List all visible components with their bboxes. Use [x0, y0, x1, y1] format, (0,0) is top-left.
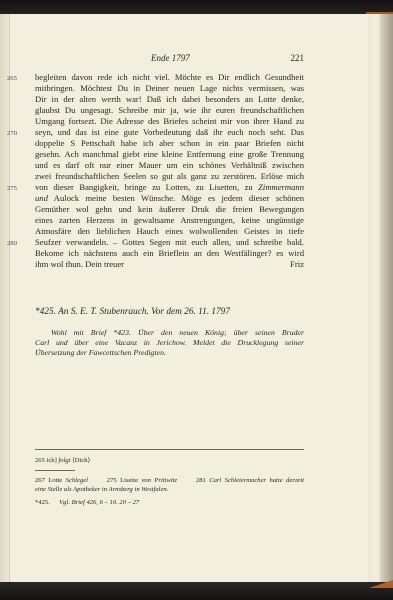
- line-number: 270: [7, 128, 17, 139]
- text-line: zwei freundschaftlichen Seelen so gut al…: [35, 171, 304, 182]
- letter-body: 265begleiten davon rede ich nicht viel. …: [35, 72, 304, 270]
- text-line: 280Seufzer verwandeln. – Gottes Segen mi…: [35, 237, 304, 248]
- line-number: 275: [7, 183, 17, 194]
- text-line: gesehn. Ach manchmal giebt eine kleine E…: [35, 149, 304, 160]
- summary-line: Wohl mit Brief *423. Über den neuen Köni…: [35, 328, 304, 338]
- letter-heading: *425. An S. E. T. Stubenrauch. Vor dem 2…: [35, 307, 230, 317]
- line-number: 265: [7, 73, 17, 84]
- text-line: und es darf oft nur einer Mauer um ein s…: [35, 160, 304, 171]
- book-top-edge: [0, 0, 393, 14]
- text-line: doppelte S Pettschaft habe ich aber scho…: [35, 138, 304, 149]
- page-left-gutter: [0, 14, 10, 582]
- text-line: Umgang fortsezt. Die Adresse des Briefes…: [35, 116, 304, 127]
- text-line: Gemüther wol gehn und kein äußerer Druk …: [35, 204, 304, 215]
- text-line: Bekome ich nächstens auch ein Brieflein …: [35, 248, 304, 259]
- text-line: glaubst Du ungesagt. Schreibe mir ja, wi…: [35, 105, 304, 116]
- text-line: mitbringen. Möchtest Du in Deiner neuen …: [35, 83, 304, 94]
- summary-line: Carl und über eine Vacanz in Jerichow. M…: [35, 338, 304, 348]
- text-line: und Aulock meine besten Wünsche. Möge es…: [35, 193, 304, 204]
- commentary-line: eine Stelle als Apotheker in Arnsberg in…: [35, 485, 304, 494]
- text-line: 265begleiten davon rede ich nicht viel. …: [35, 72, 304, 83]
- text-line: eines zarten Herzens in gewaltsame Anstr…: [35, 215, 304, 226]
- running-head-title: Ende 1797: [151, 53, 190, 63]
- commentary-line: 267 Lotte Schlegel 275 Lisette von Pritt…: [35, 476, 304, 485]
- book-bottom-edge: [0, 582, 393, 600]
- footnote-divider: [35, 449, 304, 450]
- signature: Friz: [290, 259, 304, 270]
- running-head: Ende 1797 221: [35, 53, 304, 65]
- commentary-divider: [35, 470, 75, 471]
- page-number: 221: [291, 53, 305, 63]
- italic-name: Zimmermann: [258, 182, 304, 192]
- text-line: 275von dieser Bangigkeit, bringe zu Lott…: [35, 182, 304, 193]
- letter-reference-note: *425. Vgl. Brief 426, 6 – 10. 20 – 27: [35, 499, 139, 506]
- page-right-edge: [380, 14, 393, 582]
- commentary-notes: 267 Lotte Schlegel 275 Lisette von Pritt…: [35, 476, 304, 494]
- text-line: ihm wol thun. Dein treuerFriz: [35, 259, 304, 270]
- text-line: Dir in der alten werth war! Daß ich dabe…: [35, 94, 304, 105]
- apparatus-note: 265 ich] folgt ⟨Dich⟩: [35, 456, 90, 464]
- line-number: 280: [7, 238, 17, 249]
- summary-line: Übersetzung der Fawcettschen Predigten.: [35, 348, 304, 358]
- letter-summary: Wohl mit Brief *423. Über den neuen Köni…: [35, 328, 304, 358]
- text-line: 270seyn, und das ist eine gute Vorbedeut…: [35, 127, 304, 138]
- text-line: Atmosfäre den lieblichen Hauch eines wol…: [35, 226, 304, 237]
